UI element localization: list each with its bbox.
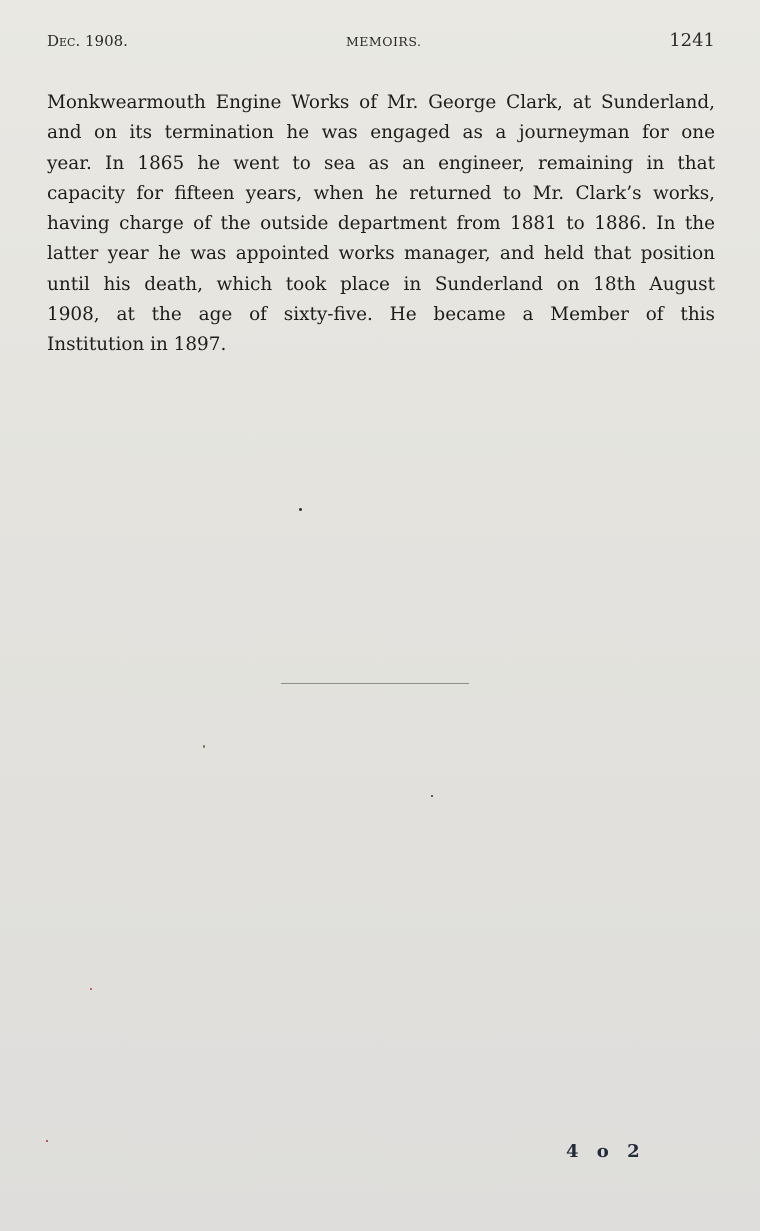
text-line: capacity for fifteen years, when he retu…	[47, 179, 715, 209]
memoir-paragraph: Monkwearmouth Engine Works of Mr. George…	[47, 88, 715, 361]
text-line: and on its termination he was engaged as…	[47, 118, 715, 148]
text-line: having charge of the outside department …	[47, 209, 715, 239]
paper-speck	[203, 745, 205, 748]
paper-speck	[90, 988, 92, 990]
section-divider	[281, 683, 469, 684]
running-header: Dec. 1908. MEMOIRS. 1241	[47, 30, 715, 54]
paper-speck	[431, 795, 433, 797]
printer-signature-mark: 4 o 2	[566, 1141, 646, 1162]
page-number: 1241	[669, 30, 715, 51]
header-date: Dec. 1908.	[47, 32, 128, 50]
header-section-title: MEMOIRS.	[346, 34, 421, 49]
text-line: Institution in 1897.	[47, 330, 715, 360]
paper-speck	[46, 1140, 48, 1142]
paper-speck	[299, 508, 302, 511]
text-line: latter year he was appointed works manag…	[47, 239, 715, 269]
text-line: Monkwearmouth Engine Works of Mr. George…	[47, 88, 715, 118]
text-line: year. In 1865 he went to sea as an engin…	[47, 149, 715, 179]
text-line: 1908, at the age of sixty-five. He becam…	[47, 300, 715, 330]
text-line: until his death, which took place in Sun…	[47, 270, 715, 300]
